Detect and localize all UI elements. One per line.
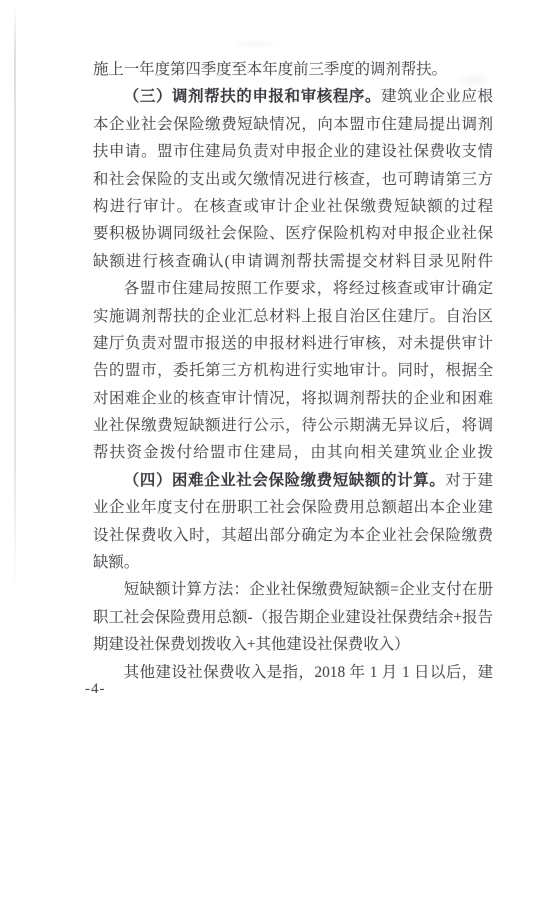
body-text-segment: 施上一年度第四季度至本年度前三季度的调剂帮扶。 bbox=[93, 61, 447, 78]
text-line: 告的盟市，委托第三方机构进行实地审计。同时，根据全区 bbox=[93, 357, 493, 384]
text-column: 施上一年度第四季度至本年度前三季度的调剂帮扶。（三）调剂帮扶的申报和审核程序。建… bbox=[93, 56, 493, 686]
document-page: { "page": { "number_label": "-4-" }, "do… bbox=[0, 0, 558, 916]
text-line: 施上一年度第四季度至本年度前三季度的调剂帮扶。 bbox=[93, 56, 493, 83]
text-line: 建厅负责对盟市报送的申报材料进行审核，对未提供审计报 bbox=[93, 330, 493, 357]
body-text-segment: 缺额进行核查确认(申请调剂帮扶需提交材料目录见附件 2)。 bbox=[93, 253, 493, 275]
body-text-segment: 其他建设社保费收入是指，2018 年 1 月 1 日以后，建筑 bbox=[93, 664, 493, 686]
text-line: 构进行审计。在核查或审计企业社保缴费短缺额的过程中， bbox=[93, 193, 493, 220]
section-heading-segment: （三）调剂帮扶的申报和审核程序。 bbox=[124, 88, 381, 105]
body-text-segment: 实施调剂帮扶的企业汇总材料上报自治区住建厅。自治区住 bbox=[93, 308, 493, 330]
text-line: 对困难企业的核查审计情况，将拟调剂帮扶的企业和困难企 bbox=[93, 385, 493, 412]
text-line: 帮扶资金拨付给盟市住建局，由其向相关建筑业企业拨付。 bbox=[93, 439, 493, 466]
body-text-segment: 对困难企业的核查审计情况，将拟调剂帮扶的企业和困难企 bbox=[93, 390, 493, 412]
text-line: 缺额进行核查确认(申请调剂帮扶需提交材料目录见附件 2)。 bbox=[93, 248, 493, 275]
section-heading-segment: （四）困难企业社会保险缴费短缺额的计算。 bbox=[124, 472, 446, 489]
text-line: 各盟市住建局按照工作要求，将经过核查或审计确定拟 bbox=[93, 275, 493, 302]
text-line: （四）困难企业社会保险缴费短缺额的计算。对于建筑 bbox=[93, 467, 493, 494]
text-line: 和社会保险的支出或欠缴情况进行核查，也可聘请第三方机 bbox=[93, 166, 493, 193]
text-line: 其他建设社保费收入是指，2018 年 1 月 1 日以后，建筑 bbox=[93, 659, 493, 686]
body-text-segment: 本企业社会保险缴费短缺情况，向本盟市住建局提出调剂帮 bbox=[93, 116, 493, 138]
text-line: 设社保费收入时，其超出部分确定为本企业社会保险缴费短 bbox=[93, 522, 493, 549]
body-text-segment: 建厅负责对盟市报送的申报材料进行审核，对未提供审计报 bbox=[93, 335, 493, 357]
body-text-segment: 业社保缴费短缺额进行公示，待公示期满无异议后，将调剂 bbox=[93, 417, 493, 439]
body-text-segment: 期建设社保费划拨收入+其他建设社保费收入） bbox=[93, 636, 410, 653]
text-line: 实施调剂帮扶的企业汇总材料上报自治区住建厅。自治区住 bbox=[93, 303, 493, 330]
text-line: 缺额。 bbox=[93, 549, 493, 576]
body-text-segment: 要积极协调同级社会保险、医疗保险机构对申报企业社保短 bbox=[93, 225, 493, 247]
body-text-segment: 业企业年度支付在册职工社会保险费用总额超出本企业建 bbox=[93, 499, 493, 516]
body-text-segment: 职工社会保险费用总额-（报告期企业建设社保费结余+报告 bbox=[93, 609, 493, 626]
text-line: 业社保缴费短缺额进行公示，待公示期满无异议后，将调剂 bbox=[93, 412, 493, 439]
text-line: 本企业社会保险缴费短缺情况，向本盟市住建局提出调剂帮 bbox=[93, 111, 493, 138]
body-text-segment: 和社会保险的支出或欠缴情况进行核查，也可聘请第三方机 bbox=[93, 171, 493, 193]
text-line: 要积极协调同级社会保险、医疗保险机构对申报企业社保短 bbox=[93, 220, 493, 247]
text-line: （三）调剂帮扶的申报和审核程序。建筑业企业应根据 bbox=[93, 83, 493, 110]
body-text-segment: 设社保费收入时，其超出部分确定为本企业社会保险缴费短 bbox=[93, 527, 493, 549]
text-line: 业企业年度支付在册职工社会保险费用总额超出本企业建 bbox=[93, 494, 493, 521]
body-text-segment: 帮扶资金拨付给盟市住建局，由其向相关建筑业企业拨付。 bbox=[93, 444, 493, 466]
body-text-segment: 告的盟市，委托第三方机构进行实地审计。同时，根据全区 bbox=[93, 362, 493, 384]
body-text-segment: 短缺额计算方法：企业社保缴费短缺额=企业支付在册 bbox=[124, 581, 493, 598]
page-edge-scan-line bbox=[14, 6, 16, 590]
page-number: -4- bbox=[85, 681, 106, 698]
text-line: 职工社会保险费用总额-（报告期企业建设社保费结余+报告 bbox=[93, 604, 493, 631]
body-text-segment: 缺额。 bbox=[93, 554, 139, 571]
body-text-segment: 扶申请。盟市住建局负责对申报企业的建设社保费收支情况 bbox=[93, 143, 493, 165]
text-line: 扶申请。盟市住建局负责对申报企业的建设社保费收支情况 bbox=[93, 138, 493, 165]
body-text-segment: 构进行审计。在核查或审计企业社保缴费短缺额的过程中， bbox=[93, 198, 493, 220]
body-text-segment: 各盟市住建局按照工作要求，将经过核查或审计确定拟 bbox=[93, 280, 493, 302]
text-line: 短缺额计算方法：企业社保缴费短缺额=企业支付在册 bbox=[93, 576, 493, 603]
scan-artifact bbox=[228, 38, 280, 50]
text-line: 期建设社保费划拨收入+其他建设社保费收入） bbox=[93, 631, 493, 658]
